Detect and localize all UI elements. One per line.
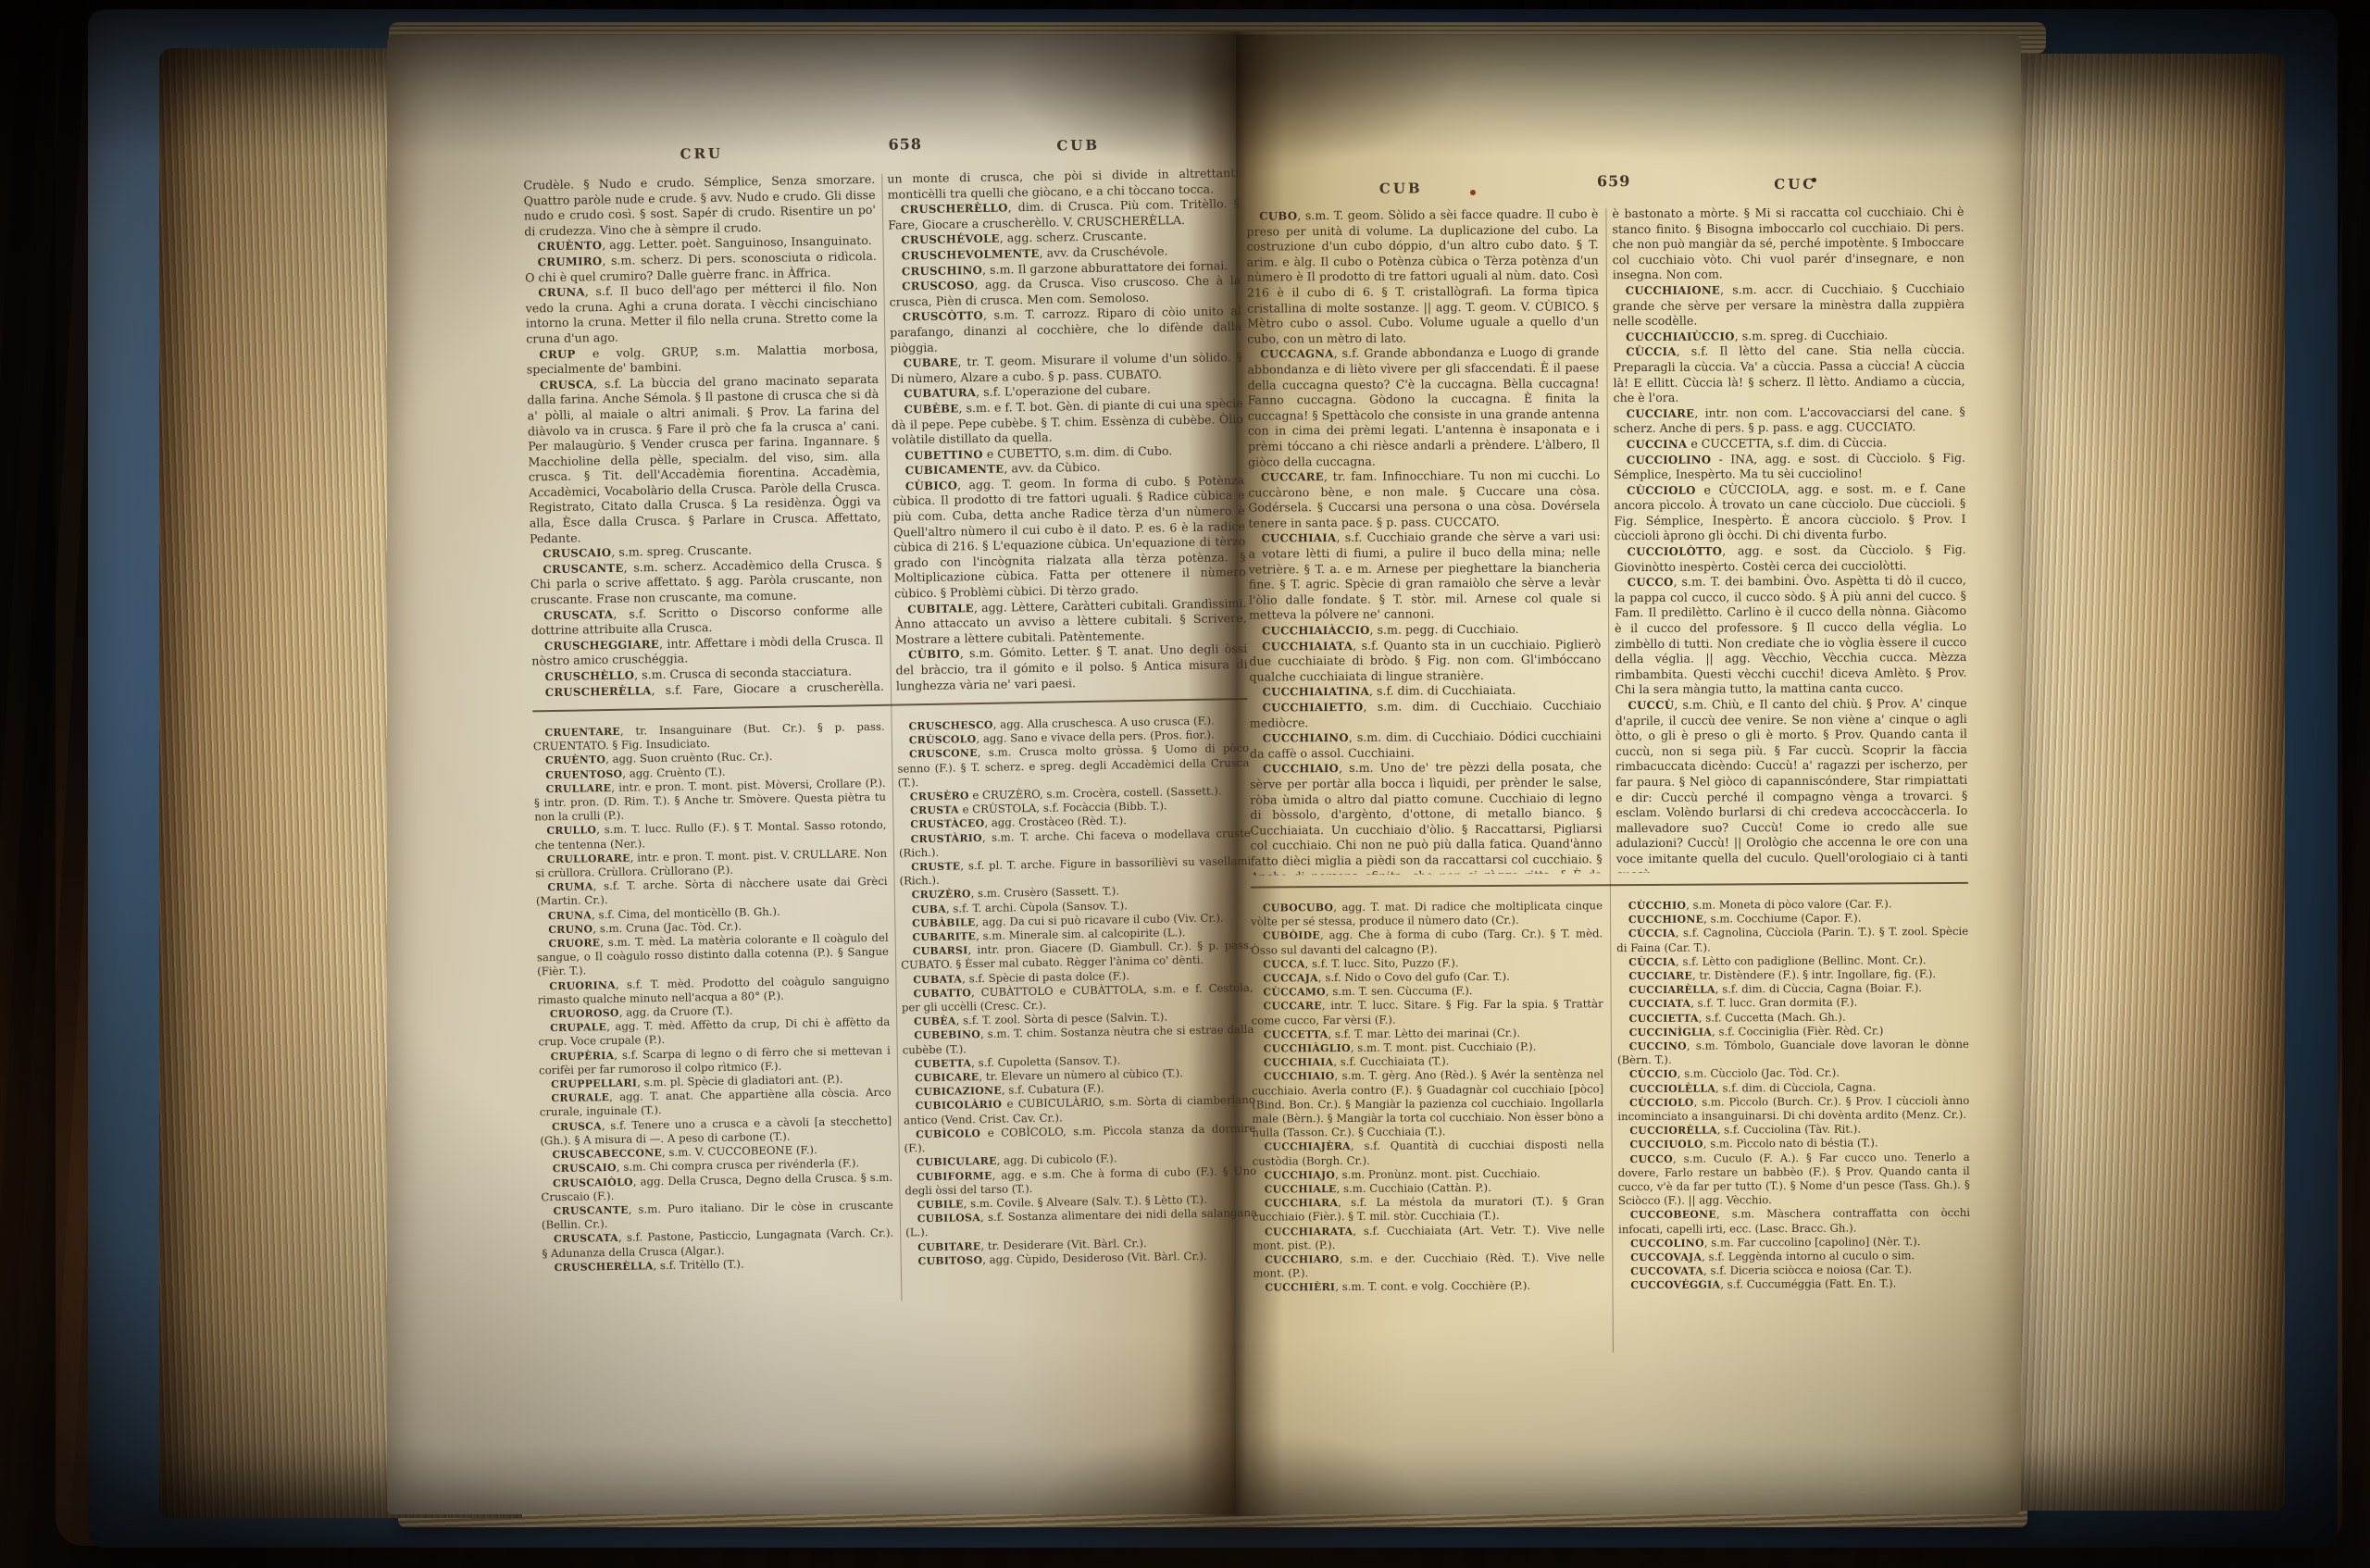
dictionary-entry: CUCCIOLÒTTO, agg. e sost. da Cùcciolo. §… [1615,542,1966,576]
dictionary-entry: CUCCO, s.m. Cuculo (F. A.). § Far cucco … [1618,1151,1970,1209]
dictionary-entry: CUBO, s.m. T. geom. Sòlido a sèi facce q… [1246,206,1599,347]
dictionary-entry: CUCCOBEONE, s.m. Màschera contraffatta c… [1618,1206,1970,1237]
right-page-column2-appendix: CÙCCHIO, s.m. Moneta di pòco valore (Car… [1616,897,1971,1354]
dictionary-entry: CRUSCANTE, s.m. scherz. Accadèmico della… [530,556,882,608]
dictionary-entry: CUCCHIARATA, s.f. Cucchiaiata (Art. Vetr… [1253,1223,1604,1253]
dictionary-entry: CUCCHIAINO, s.m. dim. di Cucchiaio. Dódi… [1250,728,1602,762]
dictionary-entry: CUCCHIAJÈRA, s.f. Quantità di cucchiai d… [1253,1139,1604,1169]
left-page-column2-appendix: CRUSCHESCO, agg. Alla cruschesca. A uso … [897,714,1259,1306]
dictionary-entry: CUCCHIAIA, s.f. Cucchiaio grande che sèr… [1249,529,1602,624]
left-page-column2-main: un monte di crusca, che pòi si divide in… [887,166,1248,696]
dictionary-entry: CUCCHIARO, s.m. e der. Cucchiaio (Rèd. T… [1253,1251,1604,1281]
dictionary-entry: CUCCINO, s.m. Tómbolo, Guanciale dove la… [1617,1038,1969,1068]
dictionary-entry: CUBÈBE, s.m. e f. T. bot. Gèn. di piante… [892,396,1244,448]
dictionary-entry: CUCCHIAIO, s.m. T. gèrg. Ano (Rèd.). § A… [1252,1068,1603,1140]
dictionary-entry: CÙBITO, s.m. Gómito. Letter. § T. anat. … [895,641,1248,693]
right-page-column1-appendix: CUBOCUBO, agg. T. mat. Di radice che mol… [1251,899,1605,1356]
dictionary-entry: CRULLARE, intr. e pron. T. mont. pist. M… [534,777,887,825]
dictionary-entry: CUCCHIAIATA, s.f. Quanto sta in un cucch… [1249,637,1601,685]
dictionary-entry: CUCCHIAIONE, s.m. accr. di Cucchiaio. § … [1613,281,1965,330]
dictionary-entry: CUBÒIDE, agg. Che à forma di cubo (Targ.… [1251,927,1603,958]
dictionary-entry: CÙCCIOLO e CÙCCIOLA, agg. e sost. m. e f… [1614,481,1965,545]
dictionary-entry: CRUSCONE, s.m. Crusca molto gròssa. § Uo… [897,741,1250,790]
dictionary-entry: CRUSCÒTTO, s.m. T. carrozz. Riparo di cò… [890,304,1242,355]
dictionary-entry: CUCCHIÈRI, s.m. T. cont. e volg. Cocchiè… [1253,1279,1604,1296]
dictionary-entry: Crudèle. § Nudo e crudo. Sémplice, Senza… [523,172,876,240]
dark-speck [1812,178,1816,182]
dictionary-entry: CUCCHIARA, s.f. La méstola da muratori (… [1253,1195,1604,1226]
right-page-column2-main: è bastonato a mòrte. § Mi si raccatta co… [1612,205,1967,873]
page-stack-right [2007,54,2285,1511]
dictionary-entry: CÙBICO, agg. T. geom. In forma di cubo. … [892,473,1246,602]
running-head-right: CUB [1056,137,1100,155]
dictionary-entry: CUCCIARE, intr. non com. L'accovacciarsi… [1614,404,1965,438]
dictionary-entry: CUCCARE, intr. T. lucc. Sitare. § Fig. F… [1252,998,1603,1028]
red-ink-speck [1470,190,1476,195]
right-page-column1-main: CUBO, s.m. T. geom. Sòlido a sèi facce q… [1246,206,1602,875]
running-head-right: CUC [1774,176,1816,193]
running-head-left: CRU [680,145,723,163]
dictionary-entry: CUCCÙ, s.m. Chiù, e Il canto del chiù. §… [1615,696,1968,873]
dictionary-entry: CUCCHIAIETTO, s.m. dim. di Cucchiaio. Cu… [1250,698,1602,731]
dictionary-entry: CRUNA, s.f. Il buco dell'ago per métterc… [525,280,878,347]
dictionary-entry: CUCCOVÉGGIA, s.f. Cuccuméggia (Fatt. En.… [1618,1276,1970,1293]
dictionary-entry: CUCCHIAIO, s.m. Uno de' tre pèzzi della … [1250,760,1603,876]
dictionary-entry: CUCCIARÈLLA, s.f. dim. di Cùccia, Cagna … [1616,981,1968,998]
left-page-column1-appendix: CRUENTARE, tr. Insanguinare (But. Cr.). … [533,720,895,1313]
photo-open-dictionary: CRU 658 CUB Crudèle. § Nudo e crudo. Sém… [0,0,2370,1568]
dictionary-entry: CUCCOLINO, s.m. Far cuccolino [capolino]… [1618,1235,1970,1251]
dictionary-entry: CRUSCA, s.f. La bùccia del grano macinat… [527,372,881,547]
left-page-column1-main: Crudèle. § Nudo e crudo. Sémplice, Senza… [523,172,884,703]
page-number-left: 658 [888,135,922,154]
dictionary-entry: CUBOCUBO, agg. T. mat. Di radice che mol… [1251,899,1603,929]
dictionary-entry: CUCCIOLINO - INA, agg. e sost. di Cùccio… [1614,450,1965,483]
page-number-right: 659 [1597,172,1631,190]
dictionary-entry: CUCCARE, tr. fam. Infinocchiare. Tu non … [1248,467,1600,531]
dictionary-entry: CUCCAGNA, s.f. Grande abbondanza e Luogo… [1247,345,1600,470]
dictionary-entry: CÙCCIOLO, s.m. Pìccolo (Burch. Cr.). § P… [1617,1094,1969,1125]
dictionary-entry: CÙCCIA, s.f. Cagnolina, Cùcciola (Parin.… [1616,925,1968,955]
dictionary-entry: CÙCCIA, s.f. Il lètto del cane. Stia nel… [1613,342,1965,406]
dictionary-entry: CRUORE, s.m. T. mèd. La matèria colorant… [537,931,890,979]
dictionary-entry: è bastonato a mòrte. § Mi si raccatta co… [1612,205,1964,283]
dictionary-entry: CUBITALE, agg. Lèttere, Caràtteri cubita… [894,596,1247,648]
running-head-left: CUB [1379,180,1423,196]
dictionary-entry: CUCCO, s.m. T. dei bambini. Òvo. Aspètta… [1615,573,1967,698]
